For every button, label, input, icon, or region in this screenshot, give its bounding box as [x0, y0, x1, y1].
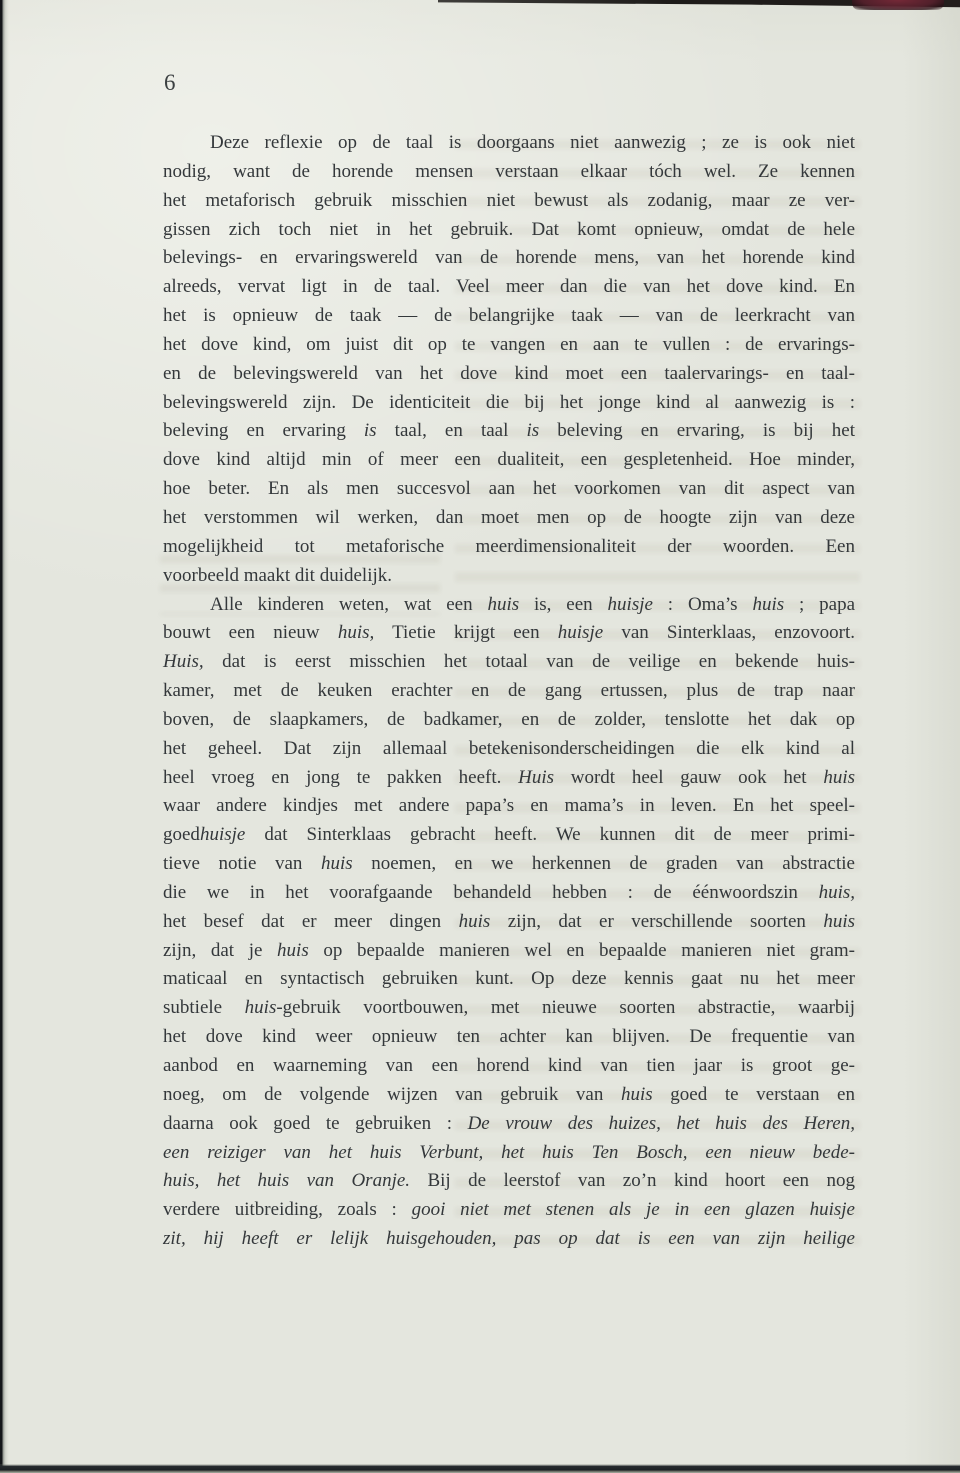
text-line: voorbeeld maakt dit duidelijk. [163, 562, 855, 591]
scan-left-edge-shadow [0, 0, 9, 1473]
italic-text-segment: huis [459, 911, 491, 932]
text-line: het besef dat er meer dingen huis zijn, … [163, 908, 855, 937]
text-line: Huis, dat is eerst misschien het totaal … [163, 648, 855, 677]
text-segment: daarna ook goed te gebruiken : [163, 1113, 468, 1134]
italic-text-segment: huis [752, 594, 784, 615]
text-segment: Deze reflexie op de taal is doorgaans ni… [210, 132, 855, 153]
text-line: heel vroeg en jong te pakken heeft. Huis… [163, 764, 855, 793]
text-segment: het verstommen wil werken, dan moet men … [163, 507, 855, 528]
text-segment: waar andere kindjes met andere papa’s en… [163, 795, 855, 816]
text-segment: gissen zich toch niet in het gebruik. Da… [163, 219, 855, 240]
text-segment: taal, en taal [377, 420, 527, 441]
italic-text-segment: Huis [518, 767, 554, 788]
italic-text-segment: huis, het huis van Oranje. [163, 1170, 410, 1191]
text-line: tieve notie van huis noemen, en we herke… [163, 850, 855, 879]
text-segment: boven, de slaapkamers, de badkamer, en d… [163, 709, 855, 730]
text-segment: noemen, en we herkennen de graden van ab… [353, 853, 855, 874]
text-segment: het is opnieuw de taak — de belangrijke … [163, 305, 855, 326]
text-segment: is, een [519, 594, 607, 615]
text-line: nodig, want de horende mensen verstaan e… [163, 158, 855, 187]
text-line: een reiziger van het huis Verbunt, het h… [163, 1139, 855, 1168]
italic-text-segment: is [526, 420, 539, 441]
text-segment: verdere uitbreiding, zoals : [163, 1199, 412, 1220]
text-segment: dove kind altijd min of meer een dualite… [163, 449, 855, 470]
italic-text-segment: huis [245, 997, 277, 1018]
text-line: daarna ook goed te gebruiken : De vrouw … [163, 1110, 855, 1139]
italic-text-segment: een reiziger van het huis Verbunt, het h… [163, 1142, 855, 1163]
text-line: waar andere kindjes met andere papa’s en… [163, 792, 855, 821]
text-line: goedhuisje dat Sinterklaas gebracht heef… [163, 821, 855, 850]
text-segment: het besef dat er meer dingen [163, 911, 459, 932]
text-line: zit, hij heeft er lelijk huisgehouden, p… [163, 1225, 855, 1254]
text-line: hoe beter. En als men succesvol aan het … [163, 475, 855, 504]
text-line: maticaal en syntactisch gebruiken kunt. … [163, 965, 855, 994]
text-segment: tieve notie van [163, 853, 321, 874]
text-line: belevings- en ervaringswereld van de hor… [163, 244, 855, 273]
text-segment: dat Sinterklaas gebracht heeft. We kunne… [245, 824, 855, 845]
text-segment: mogelijkheid tot metaforische meerdimens… [163, 536, 855, 557]
text-segment: maticaal en syntactisch gebruiken kunt. … [163, 968, 855, 989]
text-segment: dat is eerst misschien het totaal van de… [204, 651, 855, 672]
italic-text-segment: huisje [558, 622, 603, 643]
text-segment: wordt heel gauw ook het [554, 767, 823, 788]
italic-text-segment: huis [321, 853, 353, 874]
text-segment: noeg, om de volgende wijzen van gebruik … [163, 1084, 621, 1105]
text-segment: kamer, met de keuken erachter en de gang… [163, 680, 855, 701]
text-segment: zijn, dat je [163, 940, 277, 961]
italic-text-segment: huisje [200, 824, 245, 845]
text-line: verdere uitbreiding, zoals : gooi niet m… [163, 1196, 855, 1225]
text-line: bouwt een nieuw huis, Tietie krijgt een … [163, 619, 855, 648]
body-text: Deze reflexie op de taal is doorgaans ni… [163, 129, 855, 1254]
text-segment: hoe beter. En als men succesvol aan het … [163, 478, 855, 499]
italic-text-segment: huis [823, 911, 855, 932]
text-line: het metaforisch gebruik misschien niet b… [163, 187, 855, 216]
text-line: het verstommen wil werken, dan moet men … [163, 504, 855, 533]
text-segment: het geheel. Dat zijn allemaal betekeniso… [163, 738, 855, 759]
text-line: noeg, om de volgende wijzen van gebruik … [163, 1081, 855, 1110]
text-segment: van Sinterklaas, enzovoort. [603, 622, 855, 643]
text-segment: subtiele [163, 997, 245, 1018]
text-segment: -gebruik voortbouwen, met nieuwe soorten… [276, 997, 855, 1018]
italic-text-segment: gooi niet met stenen als je in een glaze… [412, 1199, 855, 1220]
text-segment: nodig, want de horende mensen verstaan e… [163, 161, 855, 182]
text-segment: belevingswereld zijn. De identiciteit di… [163, 392, 855, 413]
italic-text-segment: huis [277, 940, 309, 961]
text-segment: aanbod en waarneming van een horend kind… [163, 1055, 855, 1076]
italic-text-segment: Huis, [163, 651, 204, 672]
text-segment: belevings- en ervaringswereld van de hor… [163, 247, 855, 268]
text-line: mogelijkheid tot metaforische meerdimens… [163, 533, 855, 562]
italic-text-segment: De vrouw des huizes, het huis des Heren, [468, 1113, 855, 1134]
italic-text-segment: huisje [608, 594, 653, 615]
text-line: het is opnieuw de taak — de belangrijke … [163, 302, 855, 331]
text-segment: op bepaalde manieren wel en bepaalde man… [309, 940, 855, 961]
text-line: zijn, dat je huis op bepaalde manieren w… [163, 937, 855, 966]
text-segment: goed te verstaan en [653, 1084, 855, 1105]
text-segment: beleving en ervaring, is bij het [539, 420, 855, 441]
text-line: Deze reflexie op de taal is doorgaans ni… [163, 129, 855, 158]
text-segment: het metaforisch gebruik misschien niet b… [163, 190, 855, 211]
text-line: boven, de slaapkamers, de badkamer, en d… [163, 706, 855, 735]
page-number: 6 [164, 70, 176, 96]
text-line: Alle kinderen weten, wat een huis is, ee… [163, 591, 855, 620]
italic-text-segment: zit, hij heeft er lelijk huisgehouden, p… [163, 1228, 855, 1249]
text-line: kamer, met de keuken erachter en de gang… [163, 677, 855, 706]
text-segment: goed [163, 824, 200, 845]
italic-text-segment: is [364, 420, 377, 441]
scanned-page: 6 Deze reflexie op de taal is doorgaans … [0, 0, 960, 1473]
text-segment: en de belevingswereld van het dove kind … [163, 363, 855, 384]
text-segment: heel vroeg en jong te pakken heeft. [163, 767, 518, 788]
text-segment: Bij de leerstof van zo’n kind hoort een … [410, 1170, 855, 1191]
text-segment: alreeds, vervat ligt in de taal. Veel me… [163, 276, 855, 297]
text-segment: : Oma’s [653, 594, 753, 615]
scan-top-red-mark [852, 0, 944, 10]
text-line: subtiele huis-gebruik voortbouwen, met n… [163, 994, 855, 1023]
text-segment: voorbeeld maakt dit duidelijk. [163, 565, 392, 586]
italic-text-segment: huis, [819, 882, 855, 903]
italic-text-segment: huis, [338, 622, 374, 643]
text-segment: bouwt een nieuw [163, 622, 338, 643]
text-line: gissen zich toch niet in het gebruik. Da… [163, 216, 855, 245]
text-segment: het dove kind weer opnieuw ten achter ka… [163, 1026, 855, 1047]
text-line: die we in het voorafgaande behandeld heb… [163, 879, 855, 908]
text-segment: beleving en ervaring [163, 420, 364, 441]
text-segment: zijn, dat er verschillende soorten [490, 911, 823, 932]
text-segment: die we in het voorafgaande behandeld heb… [163, 882, 819, 903]
text-segment: het dove kind, om juist dit op te vangen… [163, 334, 855, 355]
text-line: het dove kind, om juist dit op te vangen… [163, 331, 855, 360]
text-line: en de belevingswereld van het dove kind … [163, 360, 855, 389]
text-segment: Alle kinderen weten, wat een [210, 594, 487, 615]
text-segment: Tietie krijgt een [374, 622, 558, 643]
text-line: belevingswereld zijn. De identiciteit di… [163, 389, 855, 418]
italic-text-segment: huis [823, 767, 855, 788]
text-line: alreeds, vervat ligt in de taal. Veel me… [163, 273, 855, 302]
text-line: beleving en ervaring is taal, en taal is… [163, 417, 855, 446]
italic-text-segment: huis [487, 594, 519, 615]
text-segment: ; papa [784, 594, 855, 615]
scan-bottom-edge-line [0, 1464, 960, 1473]
text-line: het geheel. Dat zijn allemaal betekeniso… [163, 735, 855, 764]
italic-text-segment: huis [621, 1084, 653, 1105]
text-line: dove kind altijd min of meer een dualite… [163, 446, 855, 475]
text-line: aanbod en waarneming van een horend kind… [163, 1052, 855, 1081]
text-line: huis, het huis van Oranje. Bij de leerst… [163, 1167, 855, 1196]
text-line: het dove kind weer opnieuw ten achter ka… [163, 1023, 855, 1052]
